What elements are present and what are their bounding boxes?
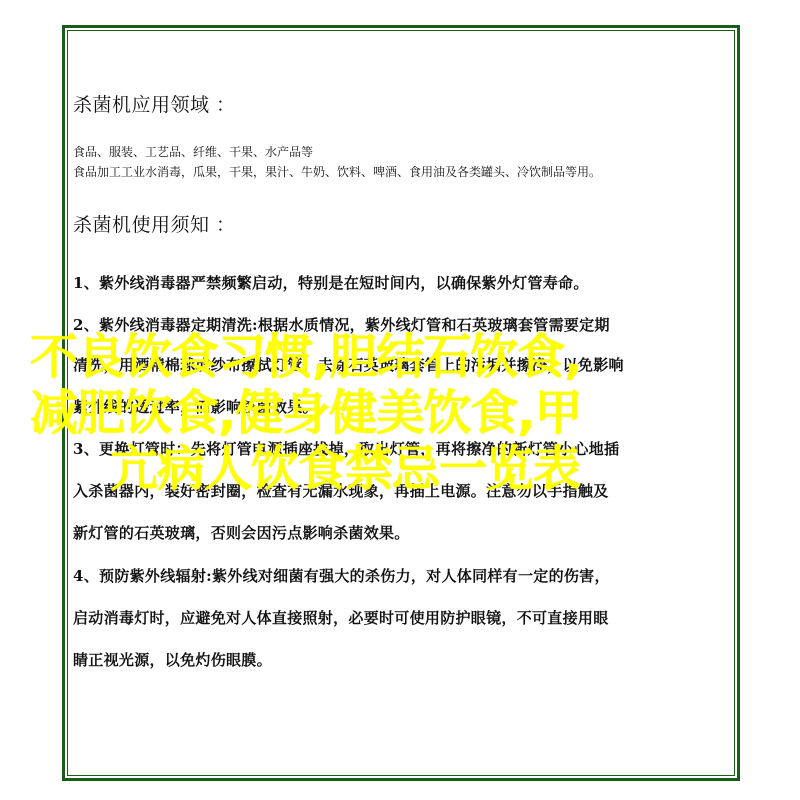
section-title-usage-notes: 杀菌机使用须知 ：	[73, 210, 236, 237]
applications-line-2: 食品加工工业水消毒，瓜果，干果，果汁、牛奶、饮料、啤酒、食用油及各类罐头、冷饮制…	[73, 163, 601, 180]
overlay-title-line-3: 亢病人饮食禁忌一览表	[110, 430, 580, 499]
usage-note-line: 1、紫外线消毒器严禁频繁启动，特别是在短时间内，以确保紫外灯管寿命。	[73, 272, 589, 293]
applications-line-1: 食品、服装、工艺品、纤维、干果、水产品等	[73, 143, 313, 160]
usage-note-line: 新灯管的石英玻璃，否则会因污点影响杀菌效果。	[73, 522, 410, 543]
usage-note-line: 睛正视光源，以免灼伤眼膜。	[73, 649, 272, 670]
section-title-applications: 杀菌机应用领域 ：	[73, 90, 236, 117]
usage-note-line: 4、预防紫外线辐射:紫外线对细菌有强大的杀伤力，对人体同样有一定的伤害，	[73, 565, 610, 586]
usage-note-line: 启动消毒灯时，应避免对人体直接照射，必要时可使用防护眼镜，不可直接用眼	[73, 607, 609, 628]
